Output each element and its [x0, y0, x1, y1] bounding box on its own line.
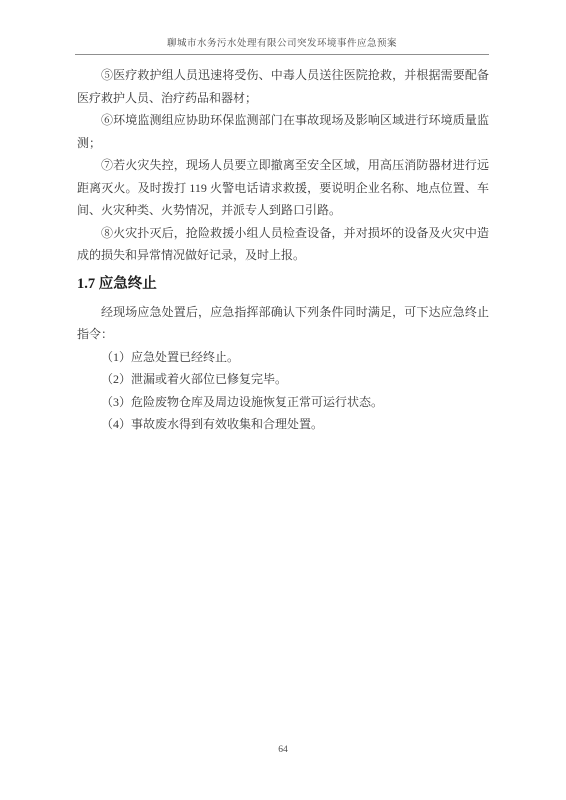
list-item-3: （3）危险废物仓库及周边设施恢复正常可运行状态。 [77, 391, 489, 414]
list-item-1: （1）应急处置已经终止。 [77, 346, 489, 369]
document-page: 聊城市水务污水处理有限公司突发环境事件应急预案 ⑤医疗救护组人员迅速将受伤、中毒… [0, 0, 566, 800]
paragraph-after-fire-extinguished: ⑧火灾扑灭后，抢险救援小组人员检查设备，并对损坏的设备及火灾中造成的损失和异常情… [77, 222, 489, 267]
list-item-2: （2）泄漏或着火部位已修复完毕。 [77, 368, 489, 391]
page-header: 聊城市水务污水处理有限公司突发环境事件应急预案 [75, 35, 489, 55]
page-footer: 64 [0, 745, 566, 755]
section-heading-emergency-termination: 1.7 应急终止 [77, 274, 489, 294]
paragraph-fire-out-of-control: ⑦若火灾失控，现场人员要立即撤离至安全区域，用高压消防器材进行远距离灭火。及时拨… [77, 154, 489, 222]
paragraph-termination-intro: 经现场应急处置后，应急指挥部确认下列条件同时满足，可下达应急终止指令： [77, 301, 489, 346]
document-body: ⑤医疗救护组人员迅速将受伤、中毒人员送往医院抢救，并根据需要配备医疗救护人员、治… [77, 64, 489, 436]
page-number: 64 [278, 745, 288, 755]
list-item-4: （4）事故废水得到有效收集和合理处置。 [77, 413, 489, 436]
paragraph-medical-rescue: ⑤医疗救护组人员迅速将受伤、中毒人员送往医院抢救，并根据需要配备医疗救护人员、治… [77, 64, 489, 109]
document-header-title: 聊城市水务污水处理有限公司突发环境事件应急预案 [167, 39, 397, 49]
paragraph-environment-monitoring: ⑥环境监测组应协助环保监测部门在事故现场及影响区域进行环境质量监测； [77, 109, 489, 154]
